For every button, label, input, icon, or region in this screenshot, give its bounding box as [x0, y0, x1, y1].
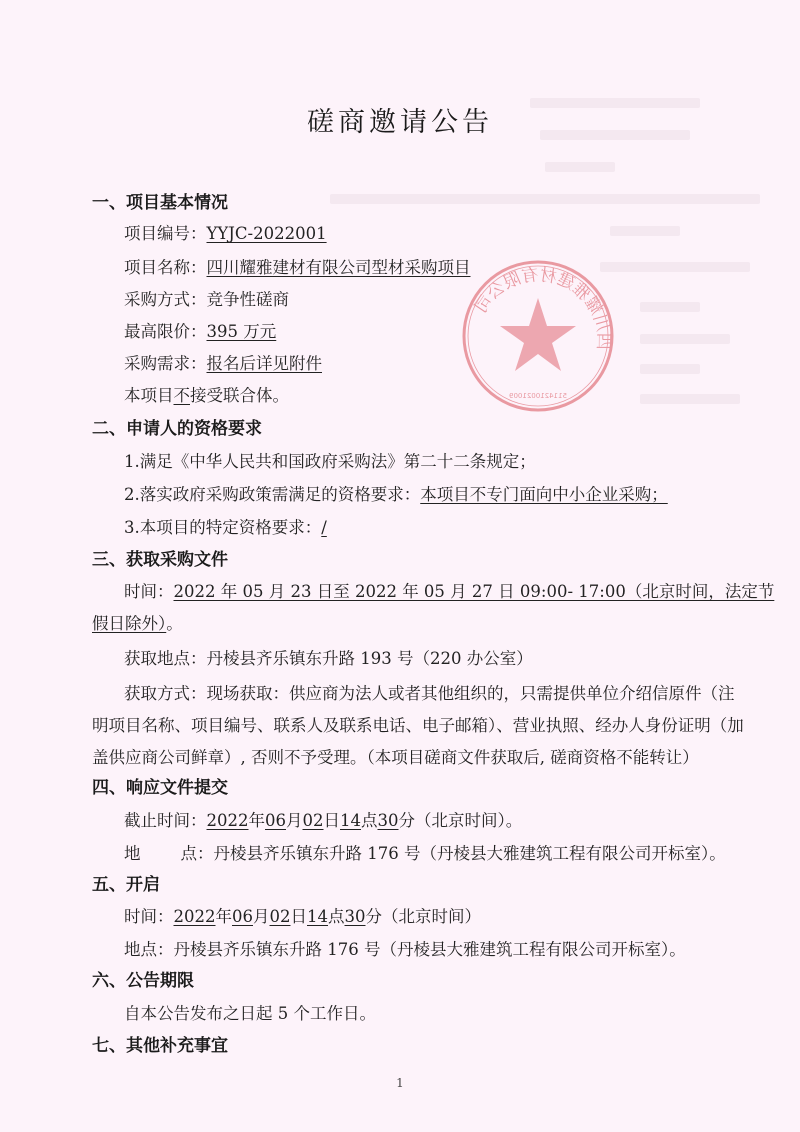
deadline-suffix: 分（北京时间）。 — [399, 811, 523, 830]
section-heading-qualifications: 二、申请人的资格要求 — [92, 414, 262, 439]
opening-suffix: 分（北京时间） — [366, 907, 482, 926]
unit-year: 年 — [216, 907, 233, 926]
deadline-minute: 30 — [378, 811, 399, 830]
unit-month: 月 — [253, 907, 270, 926]
qualification-item-2-value: 本项目不专门面向中小企业采购； — [420, 485, 668, 504]
obtain-place-label: 获取地点： — [124, 649, 207, 668]
opening-time-label: 时间： — [124, 907, 174, 926]
unit-hour: 点 — [361, 811, 378, 830]
bleed-through-line — [640, 302, 700, 312]
submission-place-label-b: 点： — [181, 844, 214, 863]
consortium-emphasis: 不 — [174, 386, 191, 405]
page-number: 1 — [0, 1076, 800, 1090]
opening-place-value: 丹棱县齐乐镇东升路 176 号（丹棱县大雅建筑工程有限公司开标室）。 — [174, 940, 686, 959]
unit-hour: 点 — [328, 907, 345, 926]
opening-month: 06 — [232, 907, 253, 926]
bleed-through-line — [545, 162, 615, 172]
opening-time-row: 时间：2022年06月02日14点30分（北京时间） — [124, 903, 481, 927]
section-heading-submission: 四、响应文件提交 — [92, 773, 228, 798]
deadline-year: 2022 — [207, 811, 249, 830]
bleed-through-line — [600, 262, 750, 272]
company-seal-stamp-icon: 四川耀雅建材有限公司 5114210021009 — [458, 256, 618, 416]
procurement-method-row: 采购方式：竞争性磋商 — [124, 286, 289, 310]
obtain-time-value: 2022 年 05 月 23 日至 2022 年 05 月 27 日 09:00… — [174, 582, 775, 601]
project-code-label: 项目编号： — [124, 224, 207, 243]
notice-period-text: 自本公告发布之日起 5 个工作日。 — [124, 1000, 376, 1024]
submission-deadline-label: 截止时间： — [124, 811, 207, 830]
obtain-method-line-1: 获取方式：现场获取：供应商为法人或者其他组织的，只需提供单位介绍信原件（注 — [124, 680, 735, 704]
procurement-method-value: 竞争性磋商 — [207, 290, 290, 309]
max-price-row: 最高限价：395 万元 — [124, 318, 276, 342]
bleed-through-line — [330, 194, 760, 204]
obtain-method-line-2: 明项目名称、项目编号、联系人及联系电话、电子邮箱）、营业执照、经办人身份证明（加 — [92, 712, 744, 736]
obtain-place-value: 丹棱县齐乐镇东升路 193 号（220 办公室） — [207, 649, 533, 668]
deadline-day: 02 — [303, 811, 324, 830]
project-name-row: 项目名称：四川耀雅建材有限公司型材采购项目 — [124, 254, 471, 278]
section-heading-obtain-documents: 三、获取采购文件 — [92, 545, 228, 570]
qualification-item-3-value: / — [321, 518, 327, 537]
deadline-month: 06 — [265, 811, 286, 830]
obtain-method-line-3: 盖供应商公司鲜章）, 否则不予受理。（本项目磋商文件获取后, 磋商资格不能转让） — [92, 744, 699, 768]
opening-day: 02 — [270, 907, 291, 926]
document-page: 四川耀雅建材有限公司 5114210021009 磋商邀请公告 一、项目基本情况… — [0, 0, 800, 1132]
qualification-item-2-label: 2.落实政府采购政策需满足的资格要求： — [124, 485, 420, 504]
opening-place-row: 地点：丹棱县齐乐镇东升路 176 号（丹棱县大雅建筑工程有限公司开标室）。 — [124, 936, 686, 960]
qualification-item-1: 1.满足《中华人民共和国政府采购法》第二十二条规定； — [124, 448, 536, 472]
bleed-through-line — [640, 334, 730, 344]
obtain-time-row-cont: 假日除外）。 — [92, 610, 183, 634]
procurement-demand-label: 采购需求： — [124, 354, 207, 373]
bleed-through-line — [640, 364, 700, 374]
document-title: 磋商邀请公告 — [0, 100, 800, 139]
qualification-item-3: 3.本项目的特定资格要求：/ — [124, 514, 327, 538]
section-heading-other-matters: 七、其他补充事宜 — [92, 1031, 228, 1056]
project-name-value: 四川耀雅建材有限公司型材采购项目 — [207, 258, 471, 277]
submission-place-row: 地点：丹棱县齐乐镇东升路 176 号（丹棱县大雅建筑工程有限公司开标室）。 — [124, 840, 726, 864]
project-name-label: 项目名称： — [124, 258, 207, 277]
consortium-suffix: 接受联合体。 — [190, 386, 289, 405]
consortium-prefix: 本项目 — [124, 386, 174, 405]
obtain-time-value-cont: 假日除外） — [92, 614, 166, 633]
section-heading-basic-info: 一、项目基本情况 — [92, 188, 228, 213]
submission-place-value: 丹棱县齐乐镇东升路 176 号（丹棱县大雅建筑工程有限公司开标室）。 — [214, 844, 726, 863]
bleed-through-line — [610, 226, 680, 236]
project-code-row: 项目编号：YYJC-2022001 — [124, 220, 327, 244]
qualification-item-3-label: 3.本项目的特定资格要求： — [124, 518, 321, 537]
unit-month: 月 — [286, 811, 303, 830]
obtain-time-label: 时间： — [124, 582, 174, 601]
procurement-demand-row: 采购需求：报名后详见附件 — [124, 350, 322, 374]
submission-deadline-row: 截止时间：2022年06月02日14点30分（北京时间）。 — [124, 807, 522, 831]
svg-text:5114210021009: 5114210021009 — [509, 392, 567, 400]
consortium-statement: 本项目不接受联合体。 — [124, 382, 289, 406]
opening-place-label: 地点： — [124, 940, 174, 959]
obtain-time-suffix: 。 — [166, 614, 183, 633]
section-heading-notice-period: 六、公告期限 — [92, 966, 194, 991]
unit-year: 年 — [249, 811, 266, 830]
deadline-hour: 14 — [340, 811, 361, 830]
opening-year: 2022 — [174, 907, 216, 926]
qualification-item-2: 2.落实政府采购政策需满足的资格要求：本项目不专门面向中小企业采购； — [124, 481, 668, 505]
max-price-label: 最高限价： — [124, 322, 207, 341]
unit-day: 日 — [324, 811, 341, 830]
obtain-place-row: 获取地点：丹棱县齐乐镇东升路 193 号（220 办公室） — [124, 645, 533, 669]
procurement-demand-value: 报名后详见附件 — [207, 354, 323, 373]
section-heading-opening: 五、开启 — [92, 870, 160, 895]
submission-place-label-a: 地 — [124, 844, 141, 863]
max-price-value: 395 万元 — [207, 322, 277, 341]
unit-day: 日 — [291, 907, 308, 926]
procurement-method-label: 采购方式： — [124, 290, 207, 309]
opening-hour: 14 — [307, 907, 328, 926]
opening-minute: 30 — [345, 907, 366, 926]
bleed-through-line — [640, 394, 740, 404]
project-code-value: YYJC-2022001 — [207, 224, 327, 243]
obtain-time-row: 时间：2022 年 05 月 23 日至 2022 年 05 月 27 日 09… — [124, 578, 774, 602]
